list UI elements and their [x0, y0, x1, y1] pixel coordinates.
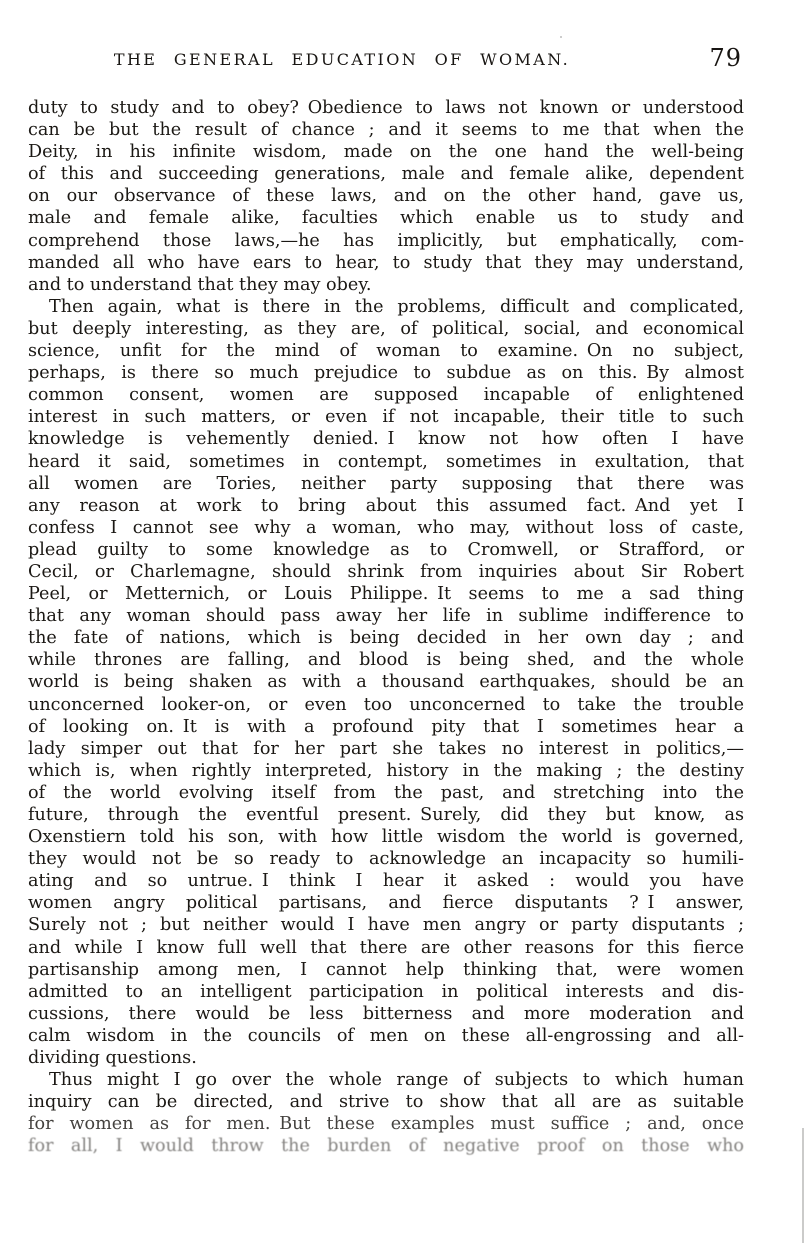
text-line: that any woman should pass away her life… [28, 605, 744, 627]
text-line: science, unfit for the mind of woman to … [28, 340, 744, 362]
text-line: Deity, in his infinite wisdom, made on t… [28, 141, 744, 163]
text-line: lady simper out that for her part she ta… [28, 738, 744, 760]
text-line: Surely not ; but neither would I have me… [28, 914, 744, 936]
text-line: while thrones are falling, and blood is … [28, 649, 744, 671]
text-line: interest in such matters, or even if not… [28, 406, 744, 428]
text-line: any reason at work to bring about this a… [28, 495, 744, 517]
text-line: calm wisdom in the councils of men on th… [28, 1025, 744, 1047]
text-line: of the world evolving itself from the pa… [28, 782, 744, 804]
text-line: Thus might I go over the whole range of … [28, 1069, 744, 1091]
paragraph: Then again, what is there in the problem… [28, 296, 744, 1069]
paragraph: duty to study and to obey? Obedience to … [28, 97, 744, 296]
text-line: the fate of nations, which is being deci… [28, 627, 744, 649]
text-line: perhaps, is there so much prejudice to s… [28, 362, 744, 384]
text-line: common consent, women are supposed incap… [28, 384, 744, 406]
text-line: plead guilty to some knowledge as to Cro… [28, 539, 744, 561]
text-line: male and female alike, faculties which e… [28, 207, 744, 229]
text-line: ating and so untrue. I think I hear it a… [28, 870, 744, 892]
text-line: cussions, there would be less bitterness… [28, 1003, 744, 1025]
running-header: THE GENERAL EDUCATION OF WOMAN. 79 [28, 46, 744, 76]
text-line: of this and succeeding generations, male… [28, 163, 744, 185]
text-line: future, through the eventful present. Su… [28, 804, 744, 826]
text-line: can be but the result of chance ; and it… [28, 119, 744, 141]
text-line: dividing questions. [28, 1047, 744, 1069]
text-line: they would not be so ready to acknowledg… [28, 848, 744, 870]
text-line: but deeply interesting, as they are, of … [28, 318, 744, 340]
text-line: partisanship among men, I cannot help th… [28, 959, 744, 981]
text-line: unconcerned looker-on, or even too uncon… [28, 694, 744, 716]
text-line: admitted to an intelligent participation… [28, 981, 744, 1003]
text-block: duty to study and to obey? Obedience to … [28, 97, 744, 1158]
page-number: 79 [709, 44, 742, 72]
scan-speck [560, 36, 562, 38]
text-line: on our observance of these laws, and on … [28, 185, 744, 207]
text-line: all women are Tories, neither party supp… [28, 473, 744, 495]
text-line: which is, when rightly interpreted, hist… [28, 760, 744, 782]
text-line: for women as for men. But these examples… [28, 1113, 744, 1135]
text-line: and while I know full well that there ar… [28, 937, 744, 959]
text-line: confess I cannot see why a woman, who ma… [28, 517, 744, 539]
text-line: Oxenstiern told his son, with how little… [28, 826, 744, 848]
text-line: for all, I would throw the burden of neg… [28, 1135, 744, 1157]
text-line: duty to study and to obey? Obedience to … [28, 97, 744, 119]
text-line: Peel, or Metternich, or Louis Philippe. … [28, 583, 744, 605]
book-page: THE GENERAL EDUCATION OF WOMAN. 79 duty … [0, 0, 805, 1243]
text-line: and to understand that they may obey. [28, 274, 744, 296]
paragraph: Thus might I go over the whole range of … [28, 1069, 744, 1157]
text-line: comprehend those laws,—he has implicitly… [28, 230, 744, 252]
text-line: world is being shaken as with a thousand… [28, 671, 744, 693]
text-line: women angry political partisans, and fie… [28, 892, 744, 914]
text-line: inquiry can be directed, and strive to s… [28, 1091, 744, 1113]
scan-edge-artifact [802, 1128, 804, 1243]
text-line: knowledge is vehemently denied. I know n… [28, 428, 744, 450]
text-line: Cecil, or Charlemagne, should shrink fro… [28, 561, 744, 583]
text-line: heard it said, sometimes in contempt, so… [28, 451, 744, 473]
text-line: manded all who have ears to hear, to stu… [28, 252, 744, 274]
text-line: of looking on. It is with a profound pit… [28, 716, 744, 738]
text-line: Then again, what is there in the problem… [28, 296, 744, 318]
scan-speck [150, 62, 153, 65]
page-title: THE GENERAL EDUCATION OF WOMAN. [28, 50, 656, 69]
